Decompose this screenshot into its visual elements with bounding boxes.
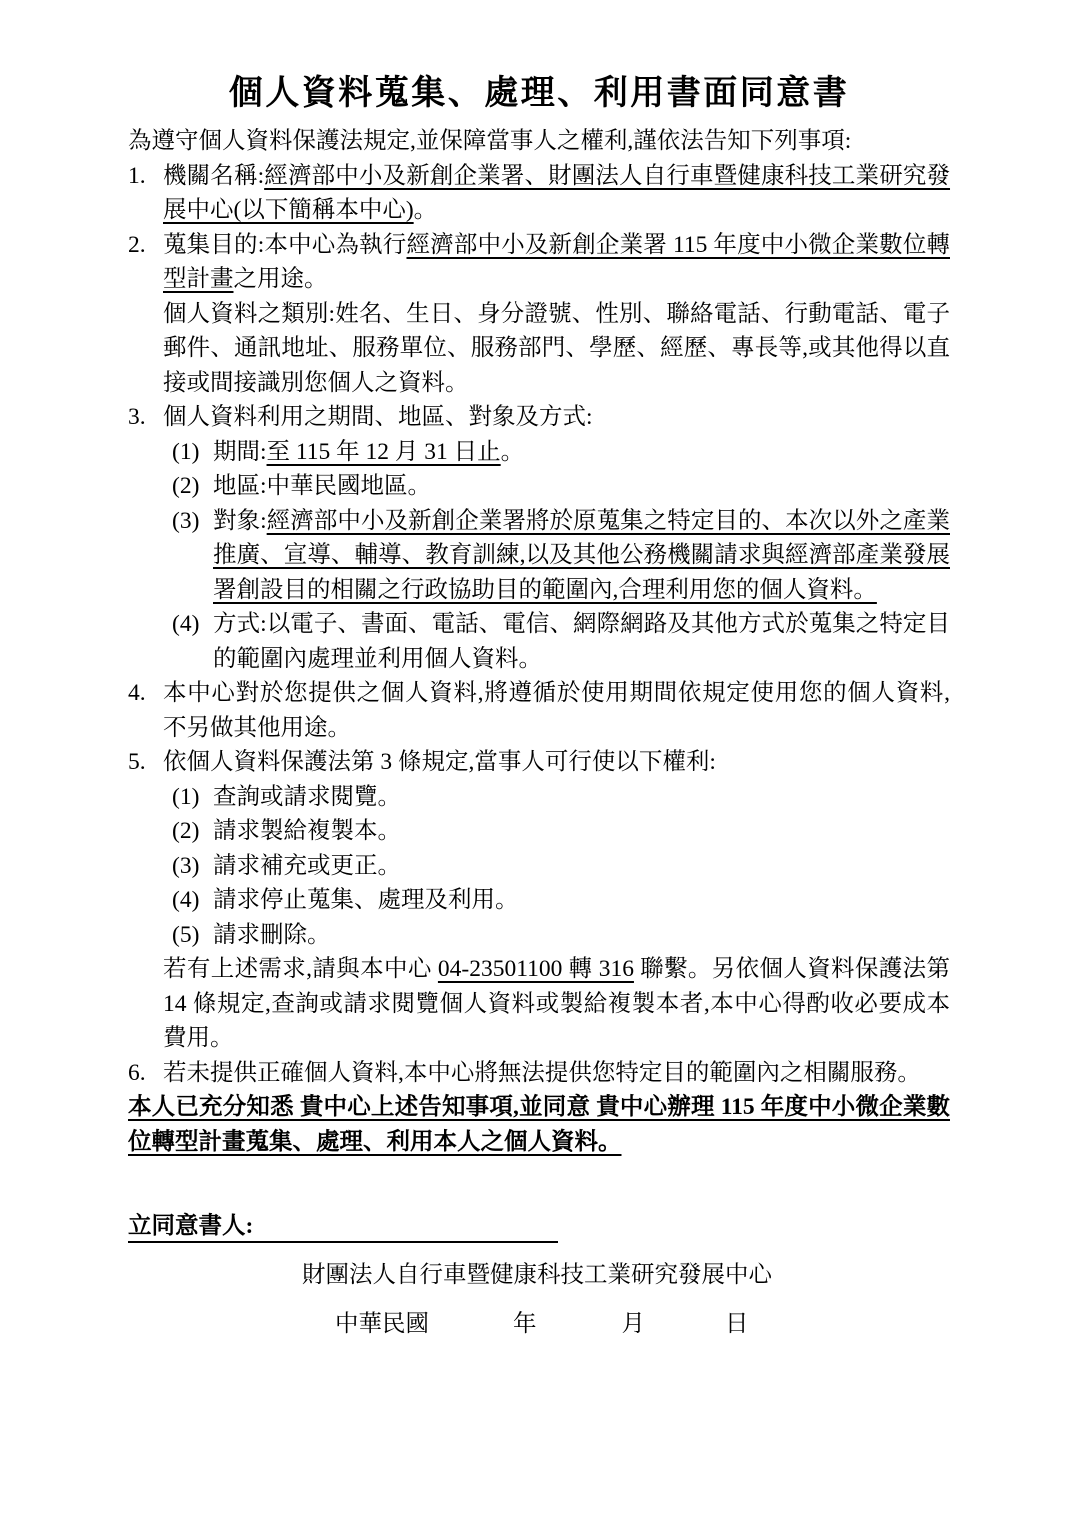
text-run: 本中心對於您提供之個人資料,將遵循於使用期間依規定使用您的個人資料,不另做其他用… xyxy=(163,680,950,741)
list-item-2: 2. 蒐集目的:本中心為執行經濟部中小及新創企業署 115 年度中小微企業數位轉… xyxy=(128,228,950,401)
date-era-label: 中華民國 xyxy=(335,1311,429,1337)
sub-item-5-5: (5) 請求刪除。 xyxy=(163,918,950,953)
sub-item-5-3: (3) 請求補充或更正。 xyxy=(163,849,950,884)
sub-item-3-3: (3) 對象:經濟部中小及新創企業署將於原蒐集之特定目的、本次以外之產業推廣、宣… xyxy=(163,504,950,608)
signer-section: 立同意書人: xyxy=(128,1209,950,1244)
sub-item-5-4: (4) 請求停止蒐集、處理及利用。 xyxy=(163,883,950,918)
text-run: 。 xyxy=(501,439,525,465)
sub-item-number: (1) xyxy=(172,780,199,815)
list-item-3: 3. 個人資料利用之期間、地區、對象及方式: (1) 期間:至 115 年 12… xyxy=(128,400,950,676)
item-3-heading: 個人資料利用之期間、地區、對象及方式: xyxy=(163,400,950,435)
consent-statement: 本人已充分知悉 貴中心上述告知事項,並同意 貴中心辦理 115 年度中小微企業數… xyxy=(128,1090,950,1159)
consent-document-page: 個人資料蒐集、處理、利用書面同意書 為遵守個人資料保護法規定,並保障當事人之權利… xyxy=(0,0,1079,1524)
document-content: 個人資料蒐集、處理、利用書面同意書 為遵守個人資料保護法規定,並保障當事人之權利… xyxy=(0,0,1079,1342)
text-run: 之用途。 xyxy=(234,266,328,292)
sub-item-number: (2) xyxy=(172,814,199,849)
sub-item-5-1: (1) 查詢或請求閱覽。 xyxy=(163,780,950,815)
item-5-contact-note: 若有上述需求,請與本中心 04-23501100 轉 316 聯繫。另依個人資料… xyxy=(163,952,950,1056)
text-run: 對象: xyxy=(213,508,267,534)
sub-item-number: (5) xyxy=(172,918,199,953)
date-day-label: 日 xyxy=(725,1311,749,1337)
date-year-label: 年 xyxy=(513,1311,537,1337)
item-number: 5. xyxy=(128,745,146,780)
underlined-run: 經濟部中小及新創企業署將於原蒐集之特定目的、本次以外之產業推廣、宣導、輔導、教育… xyxy=(213,508,950,603)
text-run: 方式:以電子、書面、電話、電信、網際網路及其他方式於蒐集之特定目的範圍內處理並利… xyxy=(213,611,950,672)
item-2-purpose: 蒐集目的:本中心為執行經濟部中小及新創企業署 115 年度中小微企業數位轉型計畫… xyxy=(163,228,950,297)
document-title: 個人資料蒐集、處理、利用書面同意書 xyxy=(128,70,950,118)
date-line: 中華民國年月日 xyxy=(335,1307,950,1342)
organization-name: 財團法人自行車暨健康科技工業研究發展中心 xyxy=(302,1258,950,1293)
sub-item-3-2: (2) 地區:中華民國地區。 xyxy=(163,469,950,504)
text-run: 蒐集目的:本中心為執行 xyxy=(163,232,406,258)
sub-item-number: (1) xyxy=(172,435,199,470)
sub-item-number: (3) xyxy=(172,504,199,539)
text-run: 期間: xyxy=(213,439,267,465)
text-run: 請求製給複製本。 xyxy=(213,818,401,844)
list-item-6: 6. 若未提供正確個人資料,本中心將無法提供您特定目的範圍內之相關服務。 xyxy=(128,1056,950,1091)
list-item-1: 1. 機關名稱:經濟部中小及新創企業署、財團法人自行車暨健康科技工業研究發展中心… xyxy=(128,159,950,228)
list-item-4: 4. 本中心對於您提供之個人資料,將遵循於使用期間依規定使用您的個人資料,不另做… xyxy=(128,676,950,745)
text-run: 機關名稱: xyxy=(163,163,264,189)
text-run: 請求刪除。 xyxy=(213,922,331,948)
text-run: 地區:中華民國地區。 xyxy=(213,473,431,499)
item-number: 2. xyxy=(128,228,146,263)
underlined-run: 本人已充分知悉 貴中心上述告知事項,並同意 貴中心辦理 115 年度中小微企業數… xyxy=(128,1094,950,1155)
signature-line: 立同意書人: xyxy=(128,1211,558,1243)
text-run: 查詢或請求閱覽。 xyxy=(213,784,401,810)
item-5-heading: 依個人資料保護法第 3 條規定,當事人可行使以下權利: xyxy=(163,745,950,780)
sub-item-3-1: (1) 期間:至 115 年 12 月 31 日止。 xyxy=(163,435,950,470)
text-run: 請求補充或更正。 xyxy=(213,853,401,879)
sub-item-number: (4) xyxy=(172,883,199,918)
signer-label: 立同意書人: xyxy=(128,1213,253,1239)
text-run: 請求停止蒐集、處理及利用。 xyxy=(213,887,519,913)
underlined-run: 經濟部中小及新創企業署、財團法人自行車暨健康科技工業研究發展中心(以下簡稱本中心… xyxy=(163,163,950,224)
sub-item-number: (4) xyxy=(172,607,199,642)
date-month-label: 月 xyxy=(622,1311,646,1337)
item-number: 3. xyxy=(128,400,146,435)
sub-item-5-2: (2) 請求製給複製本。 xyxy=(163,814,950,849)
intro-paragraph: 為遵守個人資料保護法規定,並保障當事人之權利,謹依法告知下列事項: xyxy=(128,124,950,159)
item-2-categories: 個人資料之類別:姓名、生日、身分證號、性別、聯絡電話、行動電話、電子郵件、通訊地… xyxy=(163,297,950,401)
list-item-5: 5. 依個人資料保護法第 3 條規定,當事人可行使以下權利: (1) 查詢或請求… xyxy=(128,745,950,1056)
text-run: 若未提供正確個人資料,本中心將無法提供您特定目的範圍內之相關服務。 xyxy=(163,1060,921,1086)
sub-item-number: (3) xyxy=(172,849,199,884)
underlined-run: 04-23501100 轉 316 xyxy=(438,956,634,982)
underlined-run: 至 115 年 12 月 31 日止 xyxy=(267,439,501,465)
item-number: 6. xyxy=(128,1056,146,1091)
text-run: 若有上述需求,請與本中心 xyxy=(163,956,438,982)
sub-item-3-4: (4) 方式:以電子、書面、電話、電信、網際網路及其他方式於蒐集之特定目的範圍內… xyxy=(163,607,950,676)
item-number: 1. xyxy=(128,159,146,194)
sub-item-number: (2) xyxy=(172,469,199,504)
text-run: 。 xyxy=(414,197,438,223)
item-number: 4. xyxy=(128,676,146,711)
